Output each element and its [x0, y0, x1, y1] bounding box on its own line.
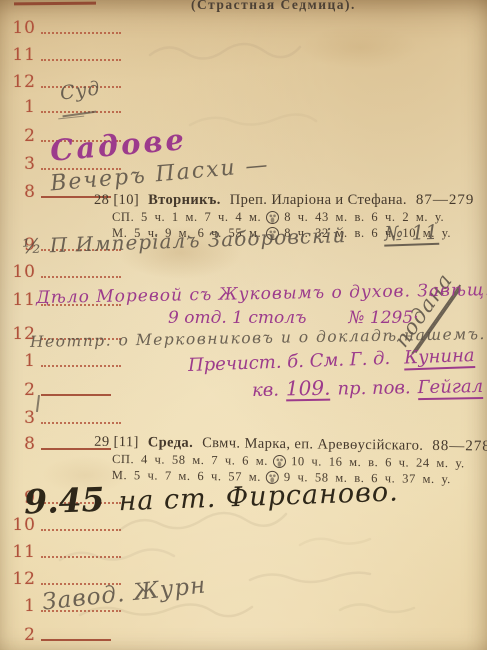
hour-number: 11	[6, 47, 36, 64]
apartment-label: кв.	[252, 382, 279, 400]
hour-number: 12	[6, 571, 36, 588]
hour-leader-line	[41, 276, 121, 278]
handwritten-address-line2: кв. 109. пр. пов. Гейгал	[252, 375, 484, 403]
sun-times-before: СП. 4 ч. 58 м. 7 ч. 6 м.	[112, 452, 268, 469]
page-header-week-title: (Страстная Седмица).	[60, 0, 487, 13]
attorney-label: пр. пов.	[337, 379, 410, 398]
hour-number: 10	[6, 20, 36, 37]
address-street: Пречист. б. См. Г. д.	[188, 350, 391, 378]
hour-number: 2	[6, 382, 36, 399]
hour-number: 11	[6, 544, 36, 561]
handwritten-note-imperial: ½ П Имперіалъ Заборовскій № 11	[22, 222, 440, 260]
hour-number: 12	[6, 74, 36, 91]
hour-number: 3	[6, 156, 36, 173]
imperial-number: № 11	[384, 222, 440, 247]
hour-leader-line	[41, 59, 121, 61]
entry-weekday: Вторникъ.	[148, 192, 221, 209]
entry-heading: 28 [10] Вторникъ. Преп. Иларіона и Стефа…	[94, 192, 466, 209]
hour-row: 3	[6, 410, 121, 427]
moon-phase-icon	[266, 211, 279, 224]
hour-number: 3	[6, 410, 36, 427]
attorney-name: Гейгал	[418, 378, 484, 400]
hour-row: 2	[6, 382, 111, 399]
hour-number: 1	[6, 353, 36, 370]
hour-row: 11	[6, 47, 121, 64]
hour-number: 11	[6, 292, 36, 309]
hour-leader-line	[41, 422, 121, 424]
hour-number: 1	[6, 598, 36, 615]
hour-leader-line	[41, 394, 111, 396]
hour-leader-line	[41, 365, 121, 367]
hour-row: 10	[6, 20, 121, 37]
hour-number: 8	[6, 184, 36, 201]
hour-row: 1	[6, 353, 121, 370]
handwritten-note-sadove: Садове	[49, 125, 188, 166]
hour-number: 2	[6, 128, 36, 145]
train-time: 9.45	[24, 483, 105, 519]
entry-date: 28 [10]	[94, 192, 139, 209]
moon-phase-icon	[273, 455, 286, 468]
entry-page-code: 88—278	[432, 438, 487, 456]
case-number: № 1295·	[348, 310, 418, 327]
diary-scan-page: (Страстная Седмица). 10 11 12 1 2 3 8 9 …	[0, 0, 487, 650]
hour-leader-line	[41, 556, 121, 558]
hour-row: 10	[6, 264, 121, 281]
hour-number: 2	[6, 627, 36, 644]
imperial-text: ½ П Имперіалъ Заборовскій	[22, 225, 347, 259]
apartment-number: 109.	[286, 378, 331, 402]
entry-page-code: 87—279	[416, 192, 475, 209]
handwritten-address-line1: Пречист. б. См. Г. д. Кунина	[188, 347, 475, 378]
hour-number: 1	[6, 99, 36, 116]
handwritten-court-case-line2: 9 отд. 1 столъ № 1295·	[168, 310, 419, 327]
address-name: Кунина	[404, 347, 475, 370]
entry-saints: Преп. Иларіона и Стефана.	[230, 192, 407, 209]
hour-leader-line	[41, 529, 121, 531]
sun-times-before: СП. 5 ч. 1 м. 7 ч. 4 м.	[112, 210, 261, 225]
hour-number: 8	[6, 436, 36, 453]
sun-times-after: 10 ч. 16 м. в. 6 ч. 24 м. у.	[291, 454, 465, 471]
entry-weekday: Среда.	[148, 434, 194, 452]
entry-saints: Свмч. Марка, еп. Аревѳусійскаго.	[202, 435, 423, 455]
case-department: 9 отд. 1 столъ	[168, 310, 306, 327]
hour-row: 11	[6, 544, 121, 561]
handwritten-note-firsanovo: 9.45 на ст. Фирсаново.	[24, 472, 400, 518]
hour-number: 10	[6, 264, 36, 281]
hour-leader-line	[41, 32, 121, 34]
hour-row: 2	[6, 627, 111, 644]
paper-stain	[300, 25, 420, 70]
station-name: на ст. Фирсаново.	[118, 478, 399, 515]
hour-leader-line	[41, 639, 111, 641]
entry-date: 29 [11]	[94, 434, 139, 452]
